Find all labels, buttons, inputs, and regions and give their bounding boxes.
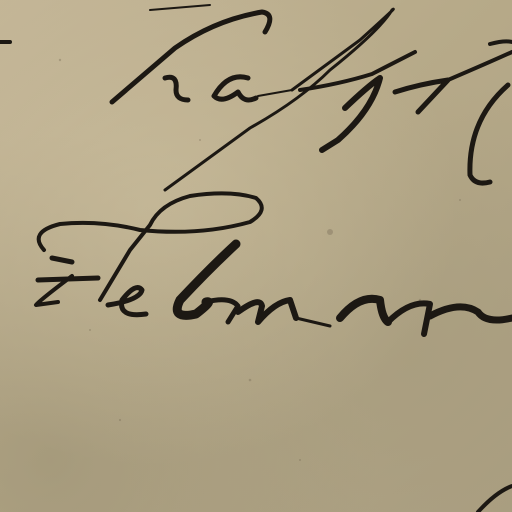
upper-word xyxy=(0,5,512,190)
manuscript-page: ha...r Februari xyxy=(0,0,512,512)
corner-stroke xyxy=(478,486,512,512)
handwriting-strokes xyxy=(0,0,512,512)
lower-word xyxy=(36,193,512,334)
